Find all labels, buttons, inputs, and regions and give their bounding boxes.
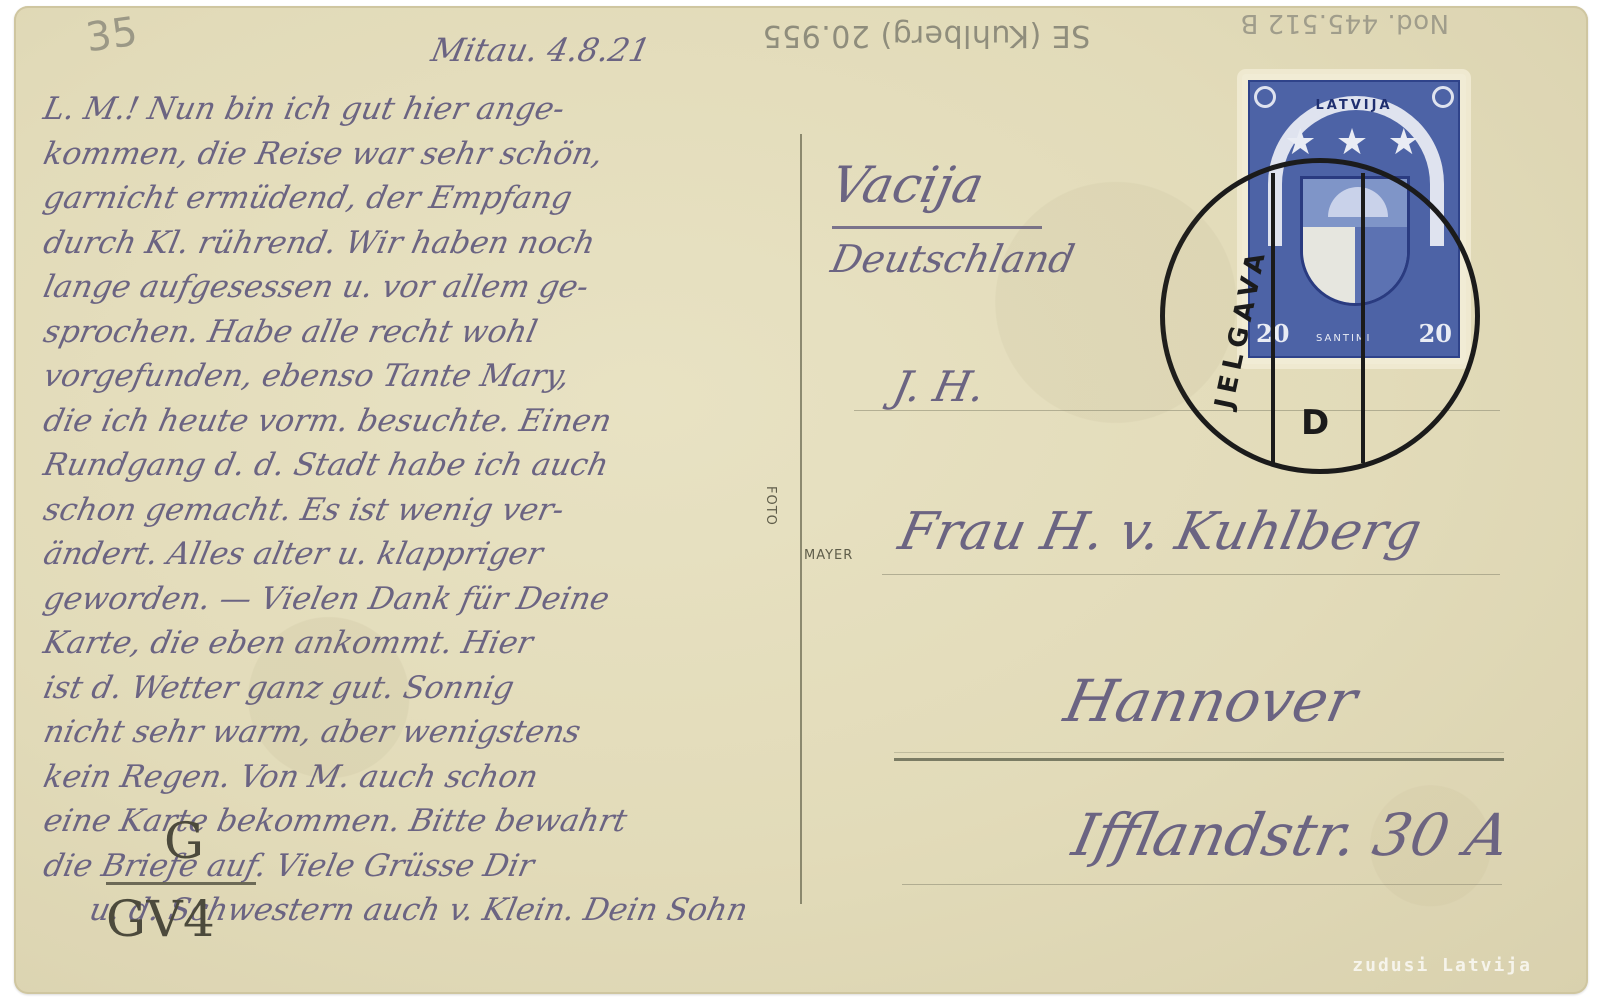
country-underline [832,226,1042,229]
publisher-imprint-vertical: FOTO [763,486,778,526]
stamp-stars-icon: ★ ★ ★ [1250,122,1458,163]
message-line: geworden. — Vielen Dank für Deine [41,584,612,615]
watermark: zudusi Latvija [1352,955,1532,976]
message-line: durch Kl. rührend. Wir haben noch [41,228,598,259]
archive-mark-top-center: SE (Kuhlberg) 20.955 [762,18,1090,53]
postmark-town: JELGAVA [1209,245,1272,412]
postmark-bar [1361,173,1365,463]
message-line: kein Regen. Von M. auch schon [41,762,541,793]
address-recipient: Frau H. v. Kuhlberg [894,506,1425,558]
postmark-letter: D [1301,403,1329,443]
address-rule-2 [882,574,1500,575]
message-line: L. M.! Nun bin ich gut hier ange- [41,94,568,125]
message-line: sprochen. Habe alle recht wohl [41,317,540,348]
message-line: die ich heute vorm. besuchte. Einen [41,406,614,437]
archive-mark-top-left: 35 [83,9,141,62]
address-city: Hannover [1060,672,1362,730]
message-line: lange aufgesessen u. vor allem ge- [41,272,591,303]
message-line: eine Karte bekommen. Bitte bewahrt [41,806,630,837]
message-line: vorgefunden, ebenso Tante Mary, [41,361,573,392]
message-line: die Briefe auf. Viele Grüsse Dir [41,851,537,882]
stamp-country: LATVIJA [1250,98,1458,113]
message-line: kommen, die Reise war sehr schön, [41,139,606,170]
message-line: schon gemacht. Es ist wenig ver- [41,495,567,526]
message-line: garnicht ermüdend, der Empfang [41,183,575,214]
message-line: ändert. Alles alter u. klappriger [41,539,546,570]
address-rule-3 [894,752,1504,753]
postmark-cancellation: D JELGAVA [1160,158,1480,474]
address-rule-3-heavy [894,758,1504,761]
archive-mark-top-right: Nod. 445.512 B [1240,8,1449,38]
postcard: 35 SE (Kuhlberg) 20.955 Nod. 445.512 B M… [14,6,1588,994]
fraction-mark-numerator: G [164,812,204,870]
place-date: Mitau. 4.8.21 [429,34,653,66]
address-country-lv: Vacija [827,160,988,210]
publisher-imprint-horizontal: MAYER [804,548,853,563]
fraction-rule [106,882,256,885]
address-street: Ifflandstr. 30 A [1068,806,1515,864]
address-rule-4 [902,884,1502,885]
center-divider [800,134,802,904]
message-line: nicht sehr warm, aber wenigstens [41,717,583,748]
postmark-bar [1271,173,1275,463]
fraction-mark-denominator: GV4 [106,890,215,948]
message-line: ist d. Wetter ganz gut. Sonnig [41,673,517,704]
address-title: J. H. [890,366,989,408]
message-line: Rundgang d. d. Stadt habe ich auch [41,450,611,481]
address-country-de: Deutschland [828,240,1078,278]
message-line: Karte, die eben ankommt. Hier [41,628,536,659]
